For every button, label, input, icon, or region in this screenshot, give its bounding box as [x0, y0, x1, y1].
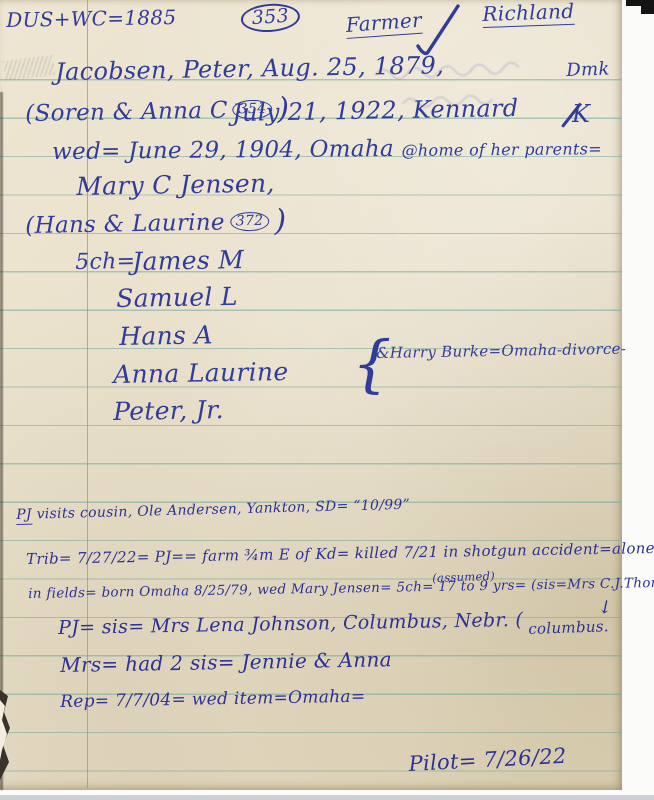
record-number: 353: [240, 2, 301, 34]
note-sis-right: columbus.: [528, 617, 609, 638]
death-place-mark: K: [572, 100, 590, 128]
child-name: Samuel L: [116, 282, 238, 313]
note-pj: PJ: [16, 507, 32, 525]
child-name: James M: [132, 245, 244, 276]
child-name: Hans A: [119, 320, 213, 351]
page-scan: DUS+WC=1885 353 Farmer Richland Jacobsen…: [0, 0, 654, 800]
scanner-edge-black-2: [641, 0, 654, 14]
place-label: Richland: [482, 0, 575, 26]
spouse-parents-ref: 372: [230, 211, 270, 231]
bottom-scan-strip: [0, 795, 654, 800]
header-code: DUS+WC=1885: [6, 5, 177, 32]
child-name: Peter, Jr.: [113, 395, 224, 426]
spouse-name: Mary C Jensen,: [76, 169, 275, 201]
left-edge-shadow: [0, 92, 3, 790]
paper-torn-edge: [0, 690, 20, 780]
origin-abbr: Dmk: [566, 58, 610, 80]
death-line: July 21, 1922, Kennard: [232, 94, 519, 127]
children-label: 5ch=: [75, 249, 136, 275]
child-name: Anna Laurine: [113, 357, 289, 389]
marriage-line: wed= June 29, 1904, Omaha @home of her p…: [52, 134, 602, 165]
spouse-parents-line: (Hans & Laurine 372 ): [25, 203, 287, 243]
record-number-circle: 353: [240, 2, 301, 34]
marriage-note: @home of her parents=: [401, 139, 602, 160]
